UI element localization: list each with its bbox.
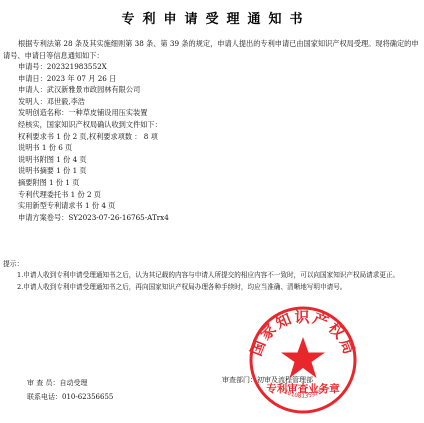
field-value: 武汉新雅景市政园林有限公司 [47, 85, 140, 94]
field-value: 一种草皮铺设用压实装置 [68, 108, 147, 117]
field-value: 国家知识产权局确认收到文件如下： [47, 120, 162, 129]
field-value: 202321983552X [47, 62, 107, 71]
file-description: 说明书 1 份 6 页 [18, 142, 169, 154]
field-label: 申请号： [18, 62, 47, 71]
file-claims: 权利要求书 1 份 2 页,权利要求项数 ： 8 项 [18, 131, 169, 143]
field-label: 发明人： [18, 97, 47, 106]
field-verification: 经核实，国家知识产权局确认收到文件如下： [18, 119, 169, 131]
field-value: 1 份 2 页,权利要求项数 ： 8 项 [54, 132, 158, 141]
signoff-block: 审 查 员：自动受理 联系电话：010-62356655 [27, 376, 113, 404]
field-inventors: 发明人：邓世毅,李浩 [18, 96, 169, 108]
field-value: 1 份 1 页 [47, 178, 80, 187]
field-value: 1 份 2 页 [68, 190, 101, 199]
phone-line: 联系电话：010-62356655 [27, 390, 113, 404]
hints-list: 1.申请人收到专利申请受理通知书之后，认为其记载的内容与申请人所提交的相应内容不… [3, 269, 419, 293]
field-value: 邓世毅,李浩 [47, 97, 85, 106]
field-value: 1 份 1 页 [54, 166, 87, 175]
field-label: 发明创造名称： [18, 108, 68, 117]
file-power-of-attorney: 专利代理委托书 1 份 2 页 [18, 189, 169, 201]
document-title: 专利申请受理通知书 [0, 8, 424, 27]
field-label: 专利代理委托书 [18, 190, 68, 199]
official-seal: 国家知识产权局 专利审查业务章 1101081359734 [246, 305, 360, 415]
field-label: 说明书附图 [18, 155, 54, 164]
examiner-value: 自动受理 [59, 379, 87, 387]
field-label: 摘要附图 [18, 178, 47, 187]
intro-paragraph: 根据专利法第 28 条及其实施细则第 38 条、第 39 条的规定，申请人提出的… [3, 38, 419, 62]
field-application-number: 申请号：202321983552X [18, 61, 169, 73]
field-value: 1 份 6 页 [40, 143, 73, 152]
field-label: 经核实， [18, 120, 47, 129]
field-label: 权利要求书 [18, 132, 54, 141]
file-description-drawings: 说明书附图 1 份 4 页 [18, 154, 169, 166]
hints-heading: 提示： [3, 258, 23, 268]
field-case-number: 申请方案卷号：SY2023-07-26-16765-ATrx4 [18, 212, 169, 224]
file-abstract-drawing: 摘要附图 1 份 1 页 [18, 177, 169, 189]
file-utility-model-request: 实用新型专利请求书 1 份 4 页 [18, 200, 169, 212]
field-value: 2023 年 07 月 26 日 [47, 74, 117, 83]
examiner-label: 审 查 员： [27, 379, 59, 387]
field-label: 说明书摘要 [18, 166, 54, 175]
field-label: 说明书 [18, 143, 40, 152]
field-label: 实用新型专利请求书 [18, 201, 83, 210]
field-applicant: 申请人：武汉新雅景市政园林有限公司 [18, 84, 169, 96]
field-value: SY2023-07-26-16765-ATrx4 [68, 213, 168, 222]
field-label: 申请人： [18, 85, 47, 94]
file-abstract: 说明书摘要 1 份 1 页 [18, 165, 169, 177]
examiner-line: 审 查 员：自动受理 [27, 376, 113, 390]
seal-graphic: 国家知识产权局 专利审查业务章 1101081359734 [246, 305, 360, 415]
field-value: 1 份 4 页 [54, 155, 87, 164]
star-icon [281, 337, 325, 378]
hint-item: 2.申请人收到专利申请受理通知书之后，再向国家知识产权局办理各种手续时，均应当准… [3, 281, 419, 293]
field-label: 申请方案卷号： [18, 213, 68, 222]
phone-label: 联系电话： [27, 393, 62, 401]
application-fields: 申请号：202321983552X 申请日：2023 年 07 月 26 日 申… [18, 61, 169, 223]
phone-value: 010-62356655 [62, 393, 113, 401]
field-invention-title: 发明创造名称：一种草皮铺设用压实装置 [18, 107, 169, 119]
field-application-date: 申请日：2023 年 07 月 26 日 [18, 73, 169, 85]
field-label: 申请日： [18, 74, 47, 83]
field-value: 1 份 4 页 [83, 201, 116, 210]
hint-item: 1.申请人收到专利申请受理通知书之后，认为其记载的内容与申请人所提交的相应内容不… [3, 269, 419, 281]
